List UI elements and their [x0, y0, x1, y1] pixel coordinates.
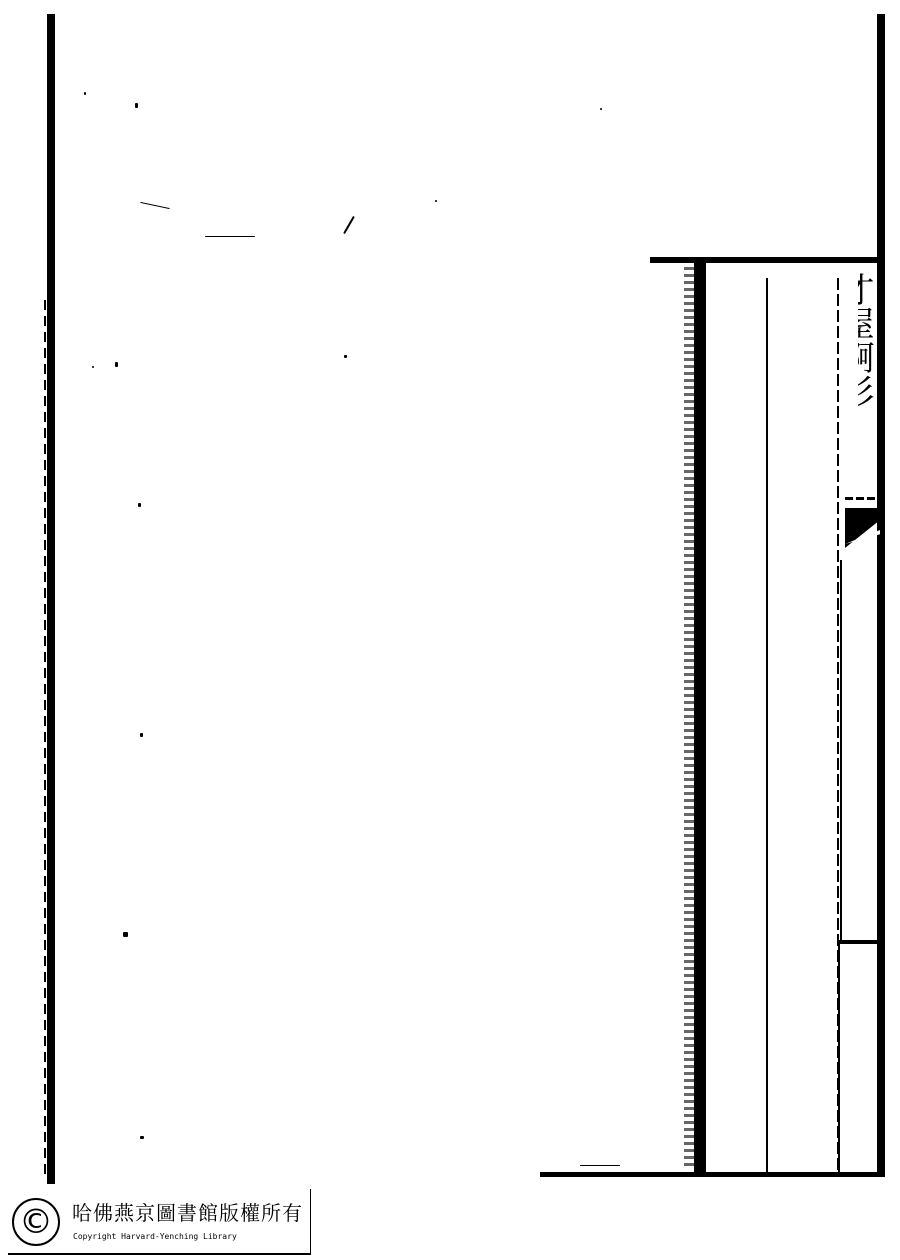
printed-frame-left-texture — [684, 260, 694, 1170]
column-rule — [766, 278, 768, 1173]
inner-column-rule — [840, 560, 842, 940]
copyright-text-english: Copyright Harvard-Yenching Library — [73, 1232, 237, 1241]
lower-box-left-border — [838, 944, 840, 1172]
title-box-divider — [845, 497, 880, 500]
printed-frame-bottom-border — [540, 1172, 885, 1177]
left-binding-shadow — [44, 300, 46, 1180]
right-page-edge — [877, 14, 885, 1176]
scanned-page: 才屋啊杉 © 哈佛燕京圖書館版權所有 Copyright Harvard-Yen… — [0, 0, 900, 1260]
left-binding-edge — [47, 14, 55, 1184]
lower-box-top-border — [838, 940, 882, 944]
title-column-text: 才屋啊杉 — [858, 272, 882, 472]
copyright-text-chinese: 哈佛燕京圖書館版權所有 — [72, 1197, 303, 1226]
copyright-icon: © — [12, 1198, 60, 1246]
printed-frame-left-border — [694, 258, 706, 1174]
